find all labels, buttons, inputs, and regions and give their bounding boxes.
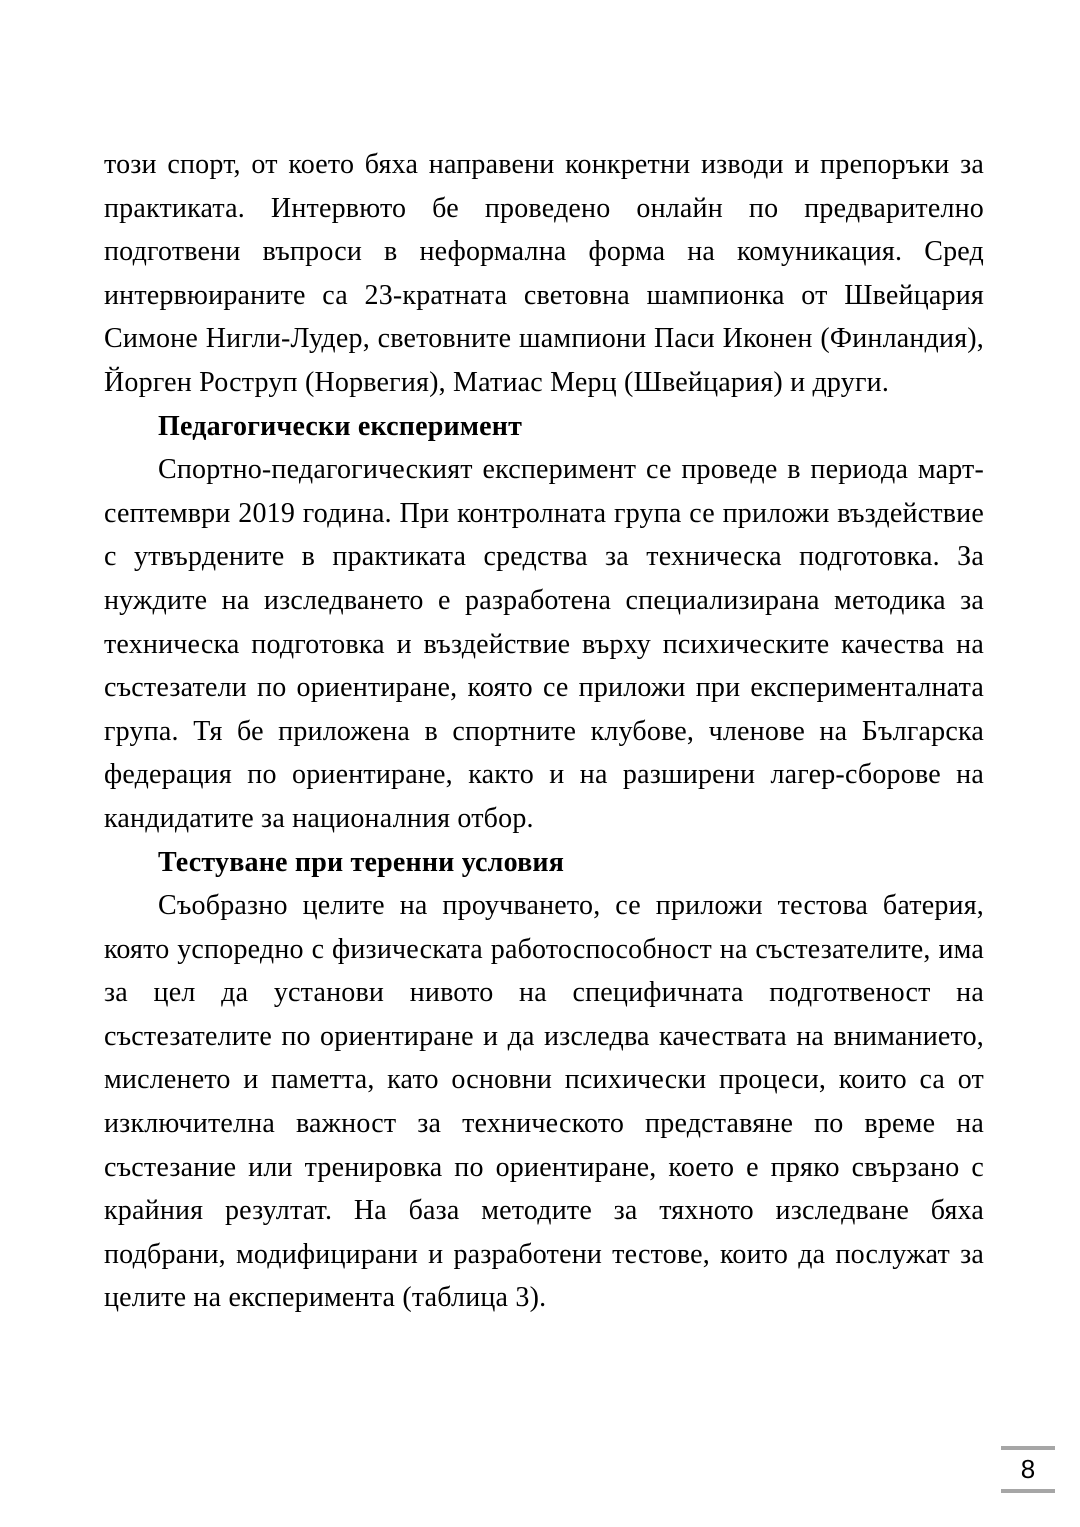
body-text: този спорт, от което бяха направени конк… [104,143,984,1320]
paragraph-field-testing: Съобразно целите на проучването, се прил… [104,884,984,1320]
heading-field-testing: Тестуване при теренни условия [104,841,984,885]
paragraph-pedagogical-experiment: Спортно-педагогическият експеримент се п… [104,448,984,840]
paragraph-interview-continuation: този спорт, от което бяха направени конк… [104,143,984,405]
page-number-footer: 8 [1001,1446,1055,1493]
heading-pedagogical-experiment: Педагогически експеримент [104,405,984,449]
document-page: този спорт, от което бяха направени конк… [0,0,1080,1527]
page-number: 8 [1021,1454,1035,1485]
